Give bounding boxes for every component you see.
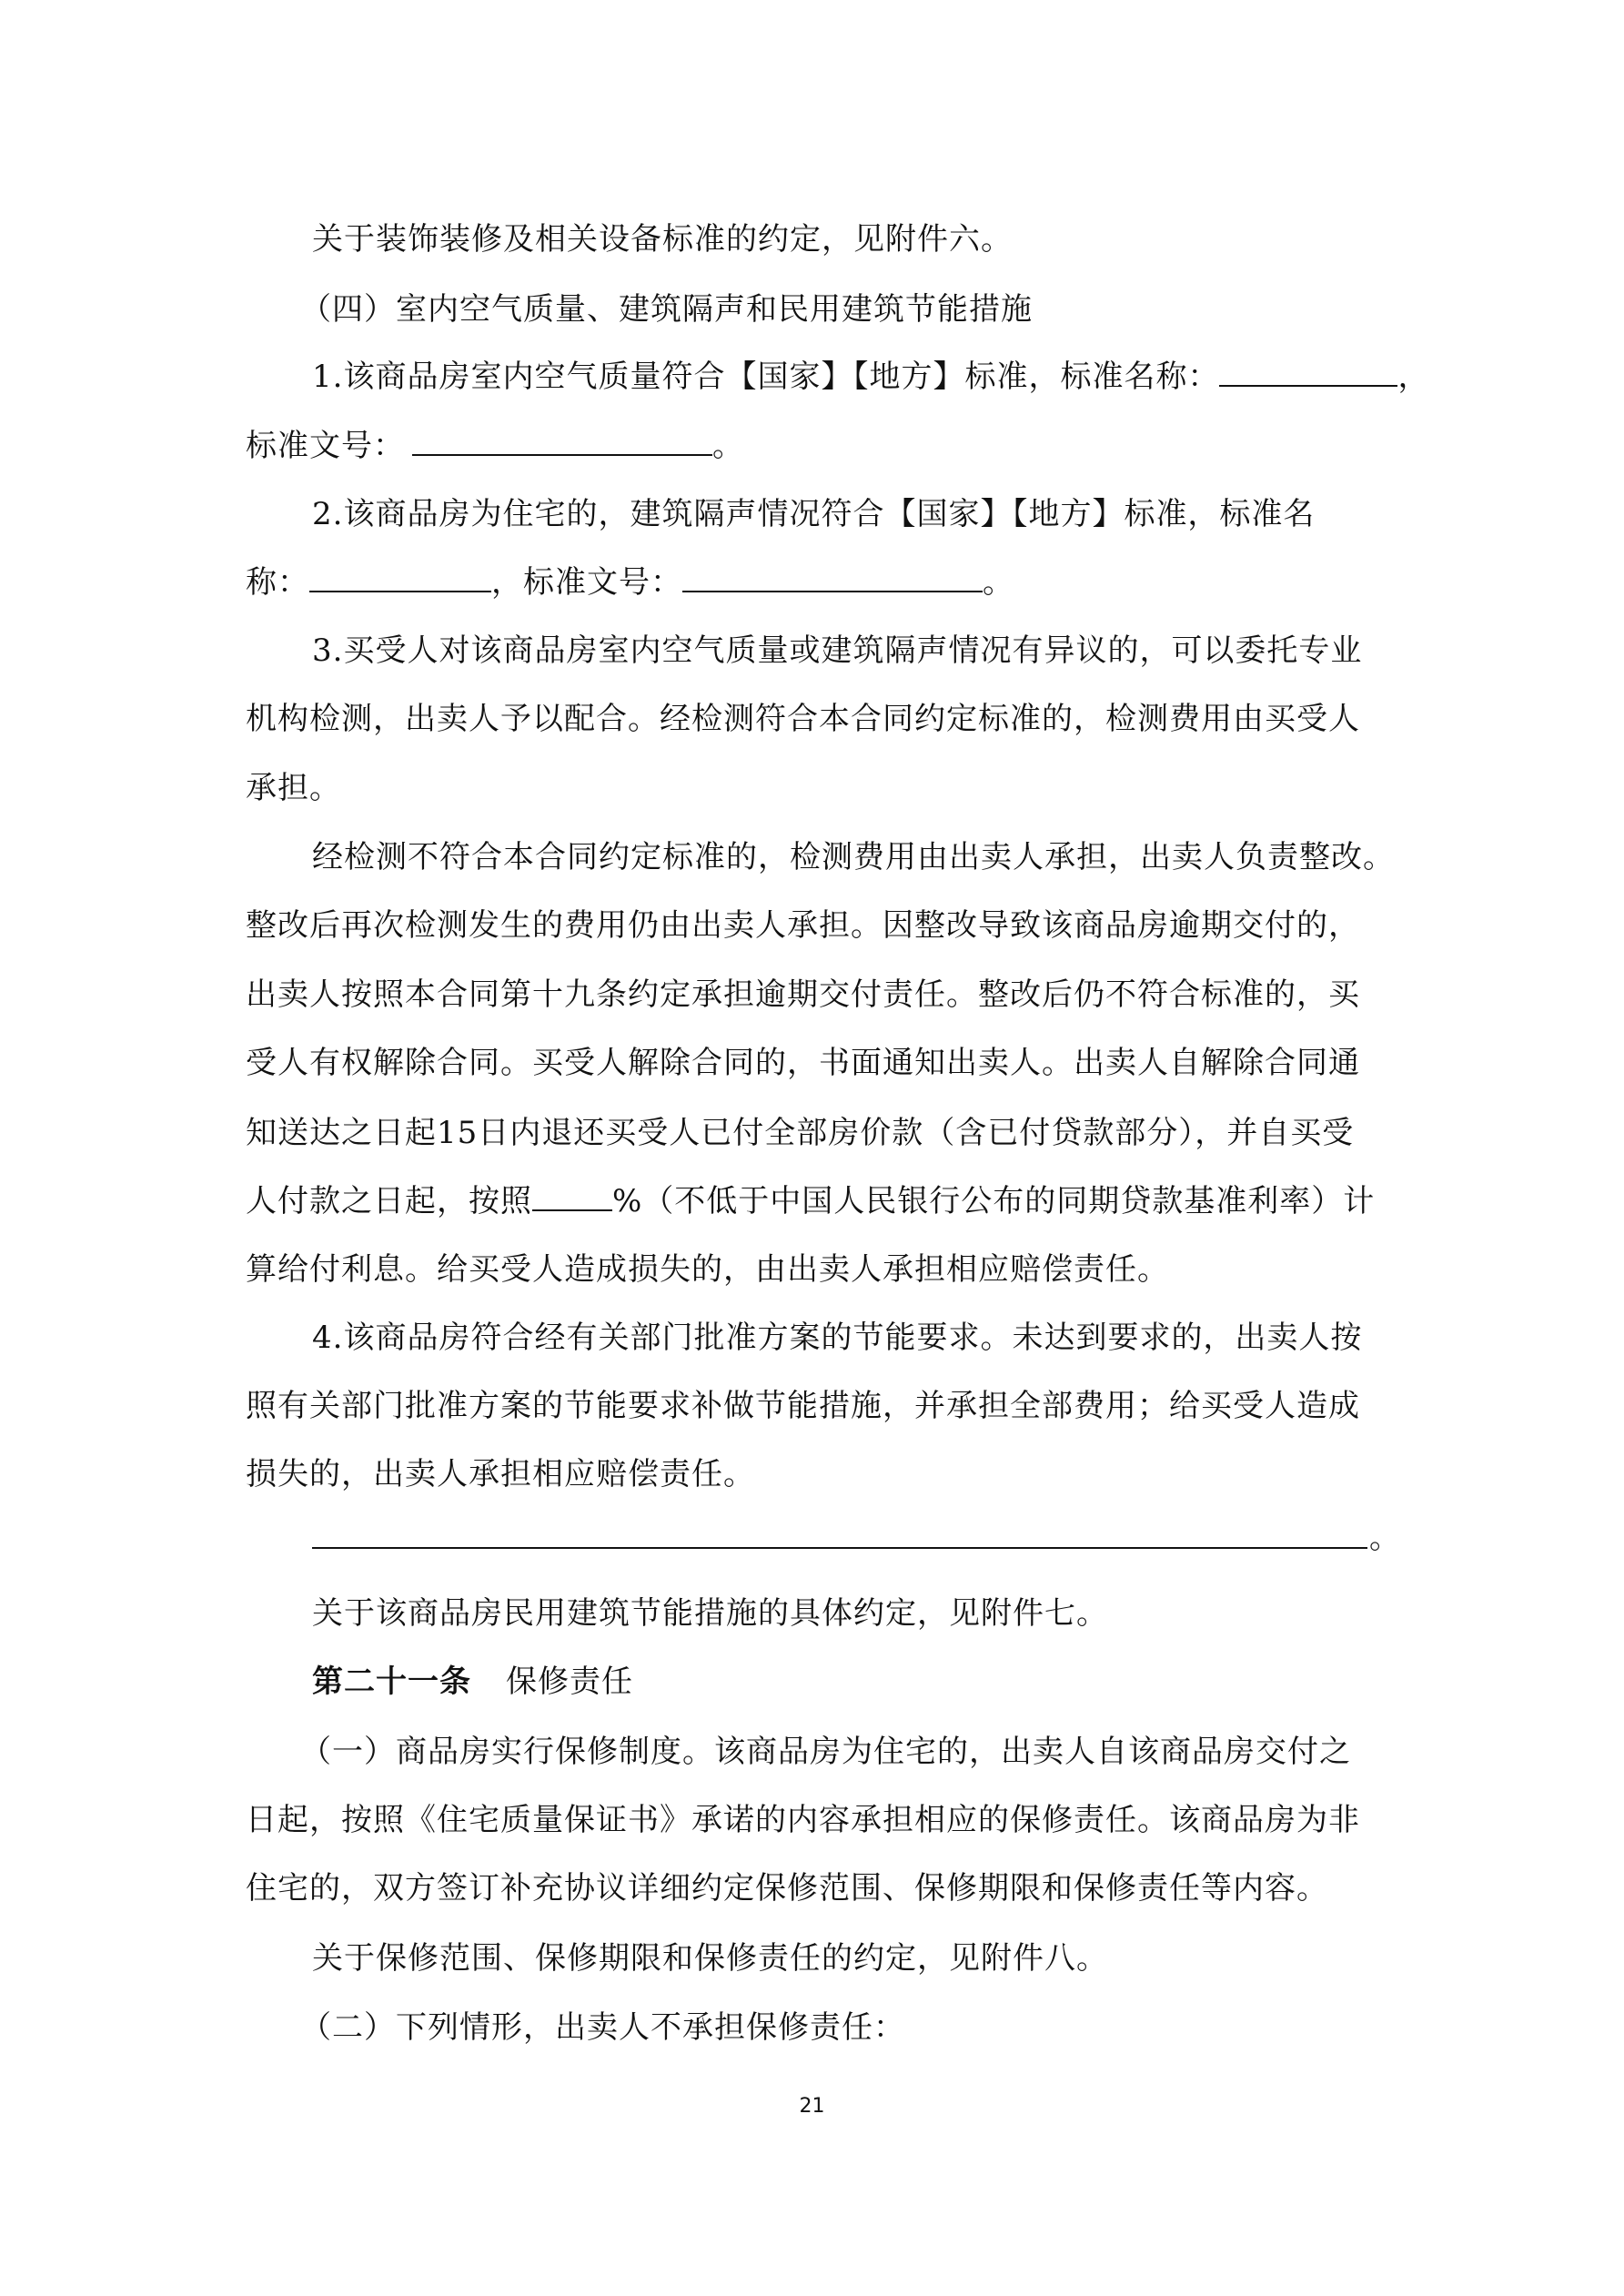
paragraph-nonconformity-line-2: 整改后再次检测发生的费用仍由出卖人承担。因整改导致该商品房逾期交付的， bbox=[246, 903, 1378, 948]
period-mark: 。 bbox=[1369, 1520, 1400, 1556]
clause-4-line-3: 损失的，出卖人承担相应赔偿责任。 bbox=[246, 1451, 1378, 1497]
clause-3-objection: 3.买受人对该商品房室内空气质量或建筑隔声情况有异议的，可以委托专业 bbox=[312, 628, 1378, 673]
line-text: （二）下列情形，出卖人不承担保修责任： bbox=[300, 2009, 905, 2046]
line-text: 损失的，出卖人承担相应赔偿责任。 bbox=[246, 1456, 755, 1492]
paragraph-nonconformity-line-5: 知送达之日起15日内退还买受人已付全部房价款（含已付贷款部分），并自买受 bbox=[246, 1110, 1378, 1156]
paragraph-energy-attachment: 关于该商品房民用建筑节能措施的具体约定，见附件七。 bbox=[312, 1591, 1378, 1636]
clause-warranty-exclusions: （二）下列情形，出卖人不承担保修责任： bbox=[300, 2005, 1367, 2050]
line-text: （四）室内空气质量、建筑隔声和民用建筑节能措施 bbox=[300, 291, 1033, 328]
supplementary-agreement-blank[interactable] bbox=[312, 1547, 1367, 1549]
clause-3-line-2: 机构检测，出卖人予以配合。经检测符合本合同约定标准的，检测费用由买受人 bbox=[246, 696, 1378, 742]
paragraph-nonconformity-line-7: 算给付利息。给买受人造成损失的，由出卖人承担相应赔偿责任。 bbox=[246, 1247, 1378, 1292]
line-text: 受人有权解除合同。买受人解除合同的，书面通知出卖人。出卖人自解除合同通 bbox=[246, 1045, 1360, 1081]
line-text: 1.该商品房室内空气质量符合【国家】【地方】标准，标准名称： bbox=[312, 359, 1219, 395]
line-text: 称： bbox=[246, 564, 309, 601]
paragraph-nonconformity-line-6: 人付款之日起，按照%（不低于中国人民银行公布的同期贷款基准利率）计 bbox=[246, 1178, 1378, 1224]
sound-standard-name-blank[interactable] bbox=[309, 563, 491, 592]
line-text: 关于装饰装修及相关设备标准的约定，见附件六。 bbox=[312, 221, 1013, 258]
line-text: %（不低于中国人民银行公布的同期贷款基准利率）计 bbox=[612, 1183, 1375, 1219]
line-text: 住宅的，双方签订补充协议详细约定保修范围、保修期限和保修责任等内容。 bbox=[246, 1870, 1328, 1907]
clause-warranty-line-2: 日起，按照《住宅质量保证书》承诺的内容承担相应的保修责任。该商品房为非 bbox=[246, 1797, 1378, 1843]
line-text: 出卖人按照本合同第十九条约定承担逾期交付责任。整改后仍不符合标准的，买 bbox=[246, 976, 1360, 1013]
page-number: 21 bbox=[0, 2095, 1624, 2118]
line-text: 关于该商品房民用建筑节能措施的具体约定，见附件七。 bbox=[312, 1595, 1108, 1632]
line-text: 知送达之日起15日内退还买受人已付全部房价款（含已付贷款部分），并自买受 bbox=[246, 1115, 1354, 1151]
clause-1-standard-number: 标准文号：。 bbox=[246, 423, 1378, 469]
line-text: 。 bbox=[983, 564, 1014, 601]
article-21-heading: 第二十一条保修责任 bbox=[312, 1659, 1378, 1704]
line-text: 日起，按照《住宅质量保证书》承诺的内容承担相应的保修责任。该商品房为非 bbox=[246, 1802, 1360, 1838]
standard-number-blank[interactable] bbox=[412, 427, 712, 456]
paragraph-nonconformity-line-4: 受人有权解除合同。买受人解除合同的，书面通知出卖人。出卖人自解除合同通 bbox=[246, 1040, 1378, 1086]
line-text: 4.该商品房符合经有关部门批准方案的节能要求。未达到要求的，出卖人按 bbox=[312, 1320, 1362, 1356]
paragraph-nonconformity-line-3: 出卖人按照本合同第十九条约定承担逾期交付责任。整改后仍不符合标准的，买 bbox=[246, 972, 1378, 1017]
line-text: 关于保修范围、保修期限和保修责任的约定，见附件八。 bbox=[312, 1940, 1108, 1977]
line-text: 标准文号： bbox=[246, 428, 405, 464]
line-text: 承担。 bbox=[246, 770, 341, 806]
line-text: 。 bbox=[712, 428, 744, 464]
sound-standard-number-blank[interactable] bbox=[682, 563, 983, 592]
standard-name-blank[interactable] bbox=[1219, 358, 1397, 387]
line-text: 人付款之日起，按照 bbox=[246, 1183, 532, 1219]
line-text: ， bbox=[1397, 359, 1429, 395]
line-text: （一）商品房实行保修制度。该商品房为住宅的，出卖人自该商品房交付之 bbox=[300, 1734, 1351, 1770]
interest-rate-blank[interactable] bbox=[532, 1182, 612, 1211]
line-text: 2.该商品房为住宅的，建筑隔声情况符合【国家】【地方】标准，标准名 bbox=[312, 496, 1315, 532]
line-text: 机构检测，出卖人予以配合。经检测符合本合同约定标准的，检测费用由买受人 bbox=[246, 701, 1360, 737]
paragraph-warranty-attachment: 关于保修范围、保修期限和保修责任的约定，见附件八。 bbox=[312, 1936, 1378, 1981]
clause-3-line-3: 承担。 bbox=[246, 765, 1378, 811]
clause-2-standard-fields: 称：，标准文号：。 bbox=[246, 560, 1378, 605]
clause-warranty-line-3: 住宅的，双方签订补充协议详细约定保修范围、保修期限和保修责任等内容。 bbox=[246, 1866, 1378, 1911]
clause-4-line-2: 照有关部门批准方案的节能要求补做节能措施，并承担全部费用；给买受人造成 bbox=[246, 1383, 1378, 1429]
line-text: 整改后再次检测发生的费用仍由出卖人承担。因整改导致该商品房逾期交付的， bbox=[246, 907, 1360, 944]
line-text: 照有关部门批准方案的节能要求补做节能措施，并承担全部费用；给买受人造成 bbox=[246, 1388, 1360, 1424]
paragraph-nonconformity: 经检测不符合本合同约定标准的，检测费用由出卖人承担，出卖人负责整改。 bbox=[312, 834, 1378, 880]
clause-1-air-quality: 1.该商品房室内空气质量符合【国家】【地方】标准，标准名称：， bbox=[312, 354, 1378, 400]
line-text: ，标准文号： bbox=[491, 564, 682, 601]
clause-2-sound-insulation: 2.该商品房为住宅的，建筑隔声情况符合【国家】【地方】标准，标准名 bbox=[312, 491, 1378, 537]
line-text: 3.买受人对该商品房室内空气质量或建筑隔声情况有异议的，可以委托专业 bbox=[312, 632, 1362, 669]
document-page: 关于装饰装修及相关设备标准的约定，见附件六。 （四）室内空气质量、建筑隔声和民用… bbox=[0, 0, 1624, 2296]
section-heading-air-quality: （四）室内空气质量、建筑隔声和民用建筑节能措施 bbox=[300, 287, 1367, 332]
line-text: 算给付利息。给买受人造成损失的，由出卖人承担相应赔偿责任。 bbox=[246, 1251, 1169, 1288]
line-text: 经检测不符合本合同约定标准的，检测费用由出卖人承担，出卖人负责整改。 bbox=[312, 839, 1395, 875]
clause-warranty-system: （一）商品房实行保修制度。该商品房为住宅的，出卖人自该商品房交付之 bbox=[300, 1729, 1367, 1775]
paragraph-decoration-attachment: 关于装饰装修及相关设备标准的约定，见附件六。 bbox=[312, 217, 1378, 262]
article-number: 第二十一条 bbox=[312, 1664, 471, 1700]
article-title: 保修责任 bbox=[506, 1664, 633, 1700]
clause-4-energy-saving: 4.该商品房符合经有关部门批准方案的节能要求。未达到要求的，出卖人按 bbox=[312, 1315, 1378, 1360]
